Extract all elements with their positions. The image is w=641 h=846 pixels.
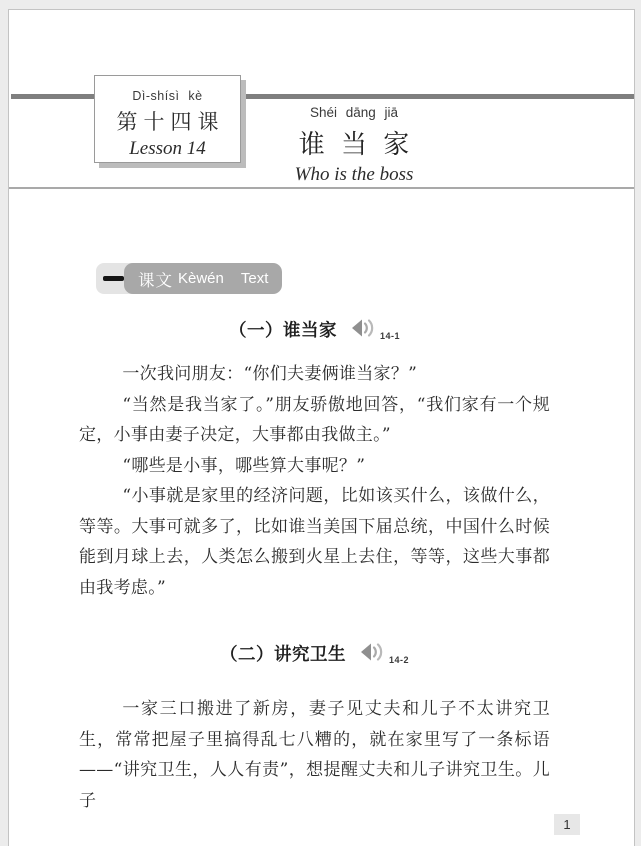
page-number-badge: 1 — [554, 814, 580, 835]
page-number: 1 — [563, 817, 570, 832]
audio-track-label: 14-2 — [389, 655, 409, 665]
speaker-audio-icon[interactable] — [360, 642, 387, 664]
section-1-audio: 14-1 — [351, 318, 400, 341]
paragraph: “哪些是小事，哪些算大事呢？” — [79, 451, 550, 482]
paragraph: 一次我问朋友：“你们夫妻俩谁当家？” — [79, 359, 550, 390]
section-number-dash — [103, 276, 124, 281]
section-1-title: （一）谁当家 — [229, 317, 337, 342]
section-label-pill: 课文 Kèwén Text — [124, 263, 282, 294]
section-1-title-row: （一）谁当家 14-1 — [79, 315, 550, 343]
section-1-paragraphs: 一次我问朋友：“你们夫妻俩谁当家？” “当然是我当家了。”朋友骄傲地回答，“我们… — [79, 359, 550, 603]
speaker-audio-icon[interactable] — [351, 318, 378, 340]
audio-track-label: 14-1 — [380, 331, 400, 341]
header-thin-rule — [9, 187, 634, 189]
section-2-audio: 14-2 — [360, 642, 409, 665]
lesson-number-box: Dì-shísì kè 第十四课 Lesson 14 — [94, 75, 241, 163]
lesson-text-content: （一）谁当家 14-1 一次我问朋友：“你们夫妻俩谁当家？” “当然是我当家了。… — [79, 309, 550, 816]
section-2-title-row: （二）讲究卫生 14-2 — [79, 639, 550, 667]
lesson-title-hanzi: 谁 当 家 — [254, 124, 454, 161]
lesson-number-pinyin: Dì-shísì kè — [95, 89, 240, 103]
section-2-paragraphs: 一家三口搬进了新房，妻子见丈夫和儿子不太讲究卫生，常常把屋子里搞得乱七八糟的，就… — [79, 694, 550, 816]
section-label-english: Text — [241, 270, 269, 287]
section-label-hanzi: 课文 — [138, 267, 173, 291]
kewen-section-header: 课文 Kèwén Text — [9, 263, 634, 294]
lesson-title-english: Who is the boss — [254, 164, 454, 186]
paragraph: “当然是我当家了。”朋友骄傲地回答，“我们家有一个规定，小事由妻子决定，大事都由… — [79, 390, 550, 451]
lesson-title-pinyin: Shéi dāng jiā — [254, 105, 454, 120]
section-label-pinyin: Kèwén — [178, 270, 224, 287]
textbook-page: Dì-shísì kè 第十四课 Lesson 14 Shéi dāng jiā… — [8, 9, 635, 846]
lesson-number-hanzi: 第十四课 — [95, 106, 240, 136]
lesson-title-block: Shéi dāng jiā 谁 当 家 Who is the boss — [254, 105, 454, 186]
lesson-number-english: Lesson 14 — [95, 138, 240, 160]
paragraph: “小事就是家里的经济问题，比如该买什么，该做什么，等等。大事可就多了，比如谁当美… — [79, 481, 550, 603]
paragraph: 一家三口搬进了新房，妻子见丈夫和儿子不太讲究卫生，常常把屋子里搞得乱七八糟的，就… — [79, 694, 550, 816]
section-2-title: （二）讲究卫生 — [220, 641, 346, 666]
